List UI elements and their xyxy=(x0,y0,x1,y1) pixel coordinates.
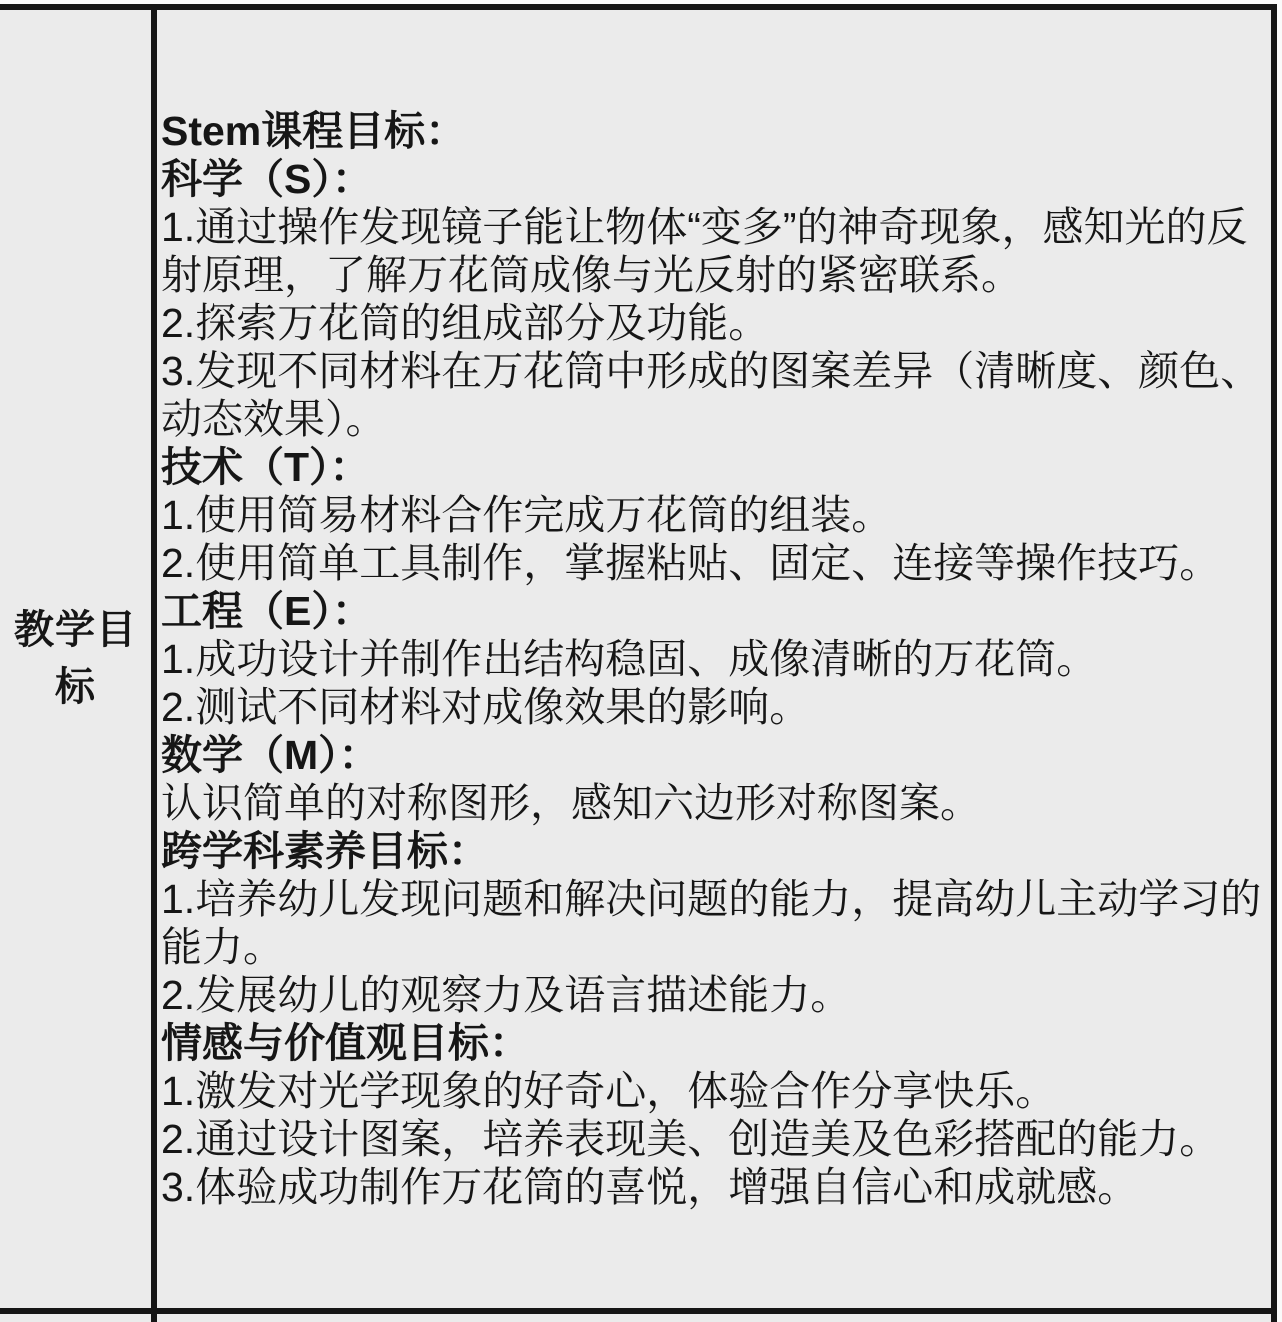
section-heading-engineering: 工程（E）： xyxy=(161,587,1263,635)
emotion-item-1: 1.激发对光学现象的好奇心，体验合作分享快乐。 xyxy=(161,1067,1263,1115)
course-goals-title: Stem课程目标： xyxy=(161,107,1263,155)
section-heading-science: 科学（S）： xyxy=(161,155,1263,203)
technology-item-1: 1.使用简易材料合作完成万花筒的组装。 xyxy=(161,491,1263,539)
page-right-edge xyxy=(1277,0,1282,1322)
math-item-1: 认识简单的对称图形，感知六边形对称图案。 xyxy=(161,779,1263,827)
science-item-3: 3.发现不同材料在万花筒中形成的图案差异（清晰度、颜色、动态效果）。 xyxy=(161,347,1263,443)
emotion-item-3: 3.体验成功制作万花筒的喜悦，增强自信心和成就感。 xyxy=(161,1163,1263,1211)
interdisciplinary-item-2: 2.发展幼儿的观察力及语言描述能力。 xyxy=(161,971,1263,1019)
section-heading-emotion-values: 情感与价值观目标： xyxy=(161,1019,1263,1067)
interdisciplinary-item-1: 1.培养幼儿发现问题和解决问题的能力，提高幼儿主动学习的能力。 xyxy=(161,875,1263,971)
science-item-2: 2.探索万花筒的组成部分及功能。 xyxy=(161,299,1263,347)
section-heading-math: 数学（M）： xyxy=(161,731,1263,779)
emotion-item-2: 2.通过设计图案，培养表现美、创造美及色彩搭配的能力。 xyxy=(161,1115,1263,1163)
engineering-item-2: 2.测试不同材料对成像效果的影响。 xyxy=(161,683,1263,731)
table-border-top xyxy=(0,4,1277,10)
row-header-label: 教学目标 xyxy=(10,602,142,716)
section-heading-technology: 技术（T）： xyxy=(161,443,1263,491)
table-column-divider xyxy=(151,4,157,1322)
table-border-right xyxy=(1271,4,1277,1322)
technology-item-2: 2.使用简单工具制作，掌握粘贴、固定、连接等操作技巧。 xyxy=(161,539,1263,587)
lesson-plan-table: 教学目标 Stem课程目标： 科学（S）： 1.通过操作发现镜子能让物体“变多”… xyxy=(0,0,1282,1322)
section-heading-interdisciplinary: 跨学科素养目标： xyxy=(161,827,1263,875)
engineering-item-1: 1.成功设计并制作出结构稳固、成像清晰的万花筒。 xyxy=(161,635,1263,683)
row-header-cell: 教学目标 xyxy=(0,10,151,1308)
science-item-1: 1.通过操作发现镜子能让物体“变多”的神奇现象，感知光的反射原理，了解万花筒成像… xyxy=(161,203,1263,299)
objectives-cell: Stem课程目标： 科学（S）： 1.通过操作发现镜子能让物体“变多”的神奇现象… xyxy=(157,10,1271,1308)
table-row-divider xyxy=(0,1308,1277,1314)
